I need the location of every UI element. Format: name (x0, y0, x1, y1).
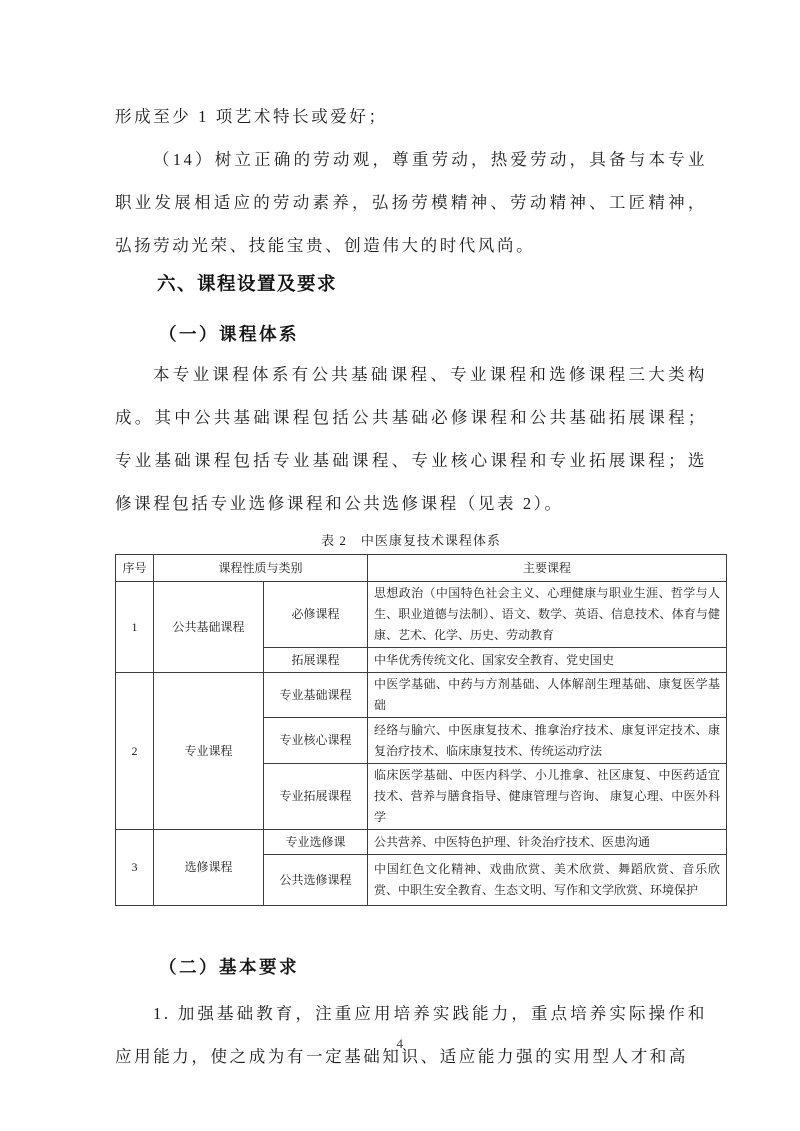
cell-course-list: 思想政治（中国特色社会主义、心理健康与职业生涯、哲学与人生、职业道德与法制）、语… (368, 582, 727, 648)
subsection-heading-course-system: （一）课程体系 (159, 319, 726, 349)
cell-course-type: 必修课程 (264, 582, 368, 648)
paragraph-basic-requirements: 1. 加强基础教育，注重应用培养实践能力，重点培养实际操作和应用能力，使之成为有… (115, 992, 707, 1078)
table-header-row: 序号 课程性质与类别 主要课程 (116, 555, 727, 582)
table-row: 3 选修课程 专业选修课 公共营养、中医特色护理、针灸治疗技术、医患沟通 (116, 830, 727, 855)
cell-course-list: 中华优秀传统文化、国家安全教育、党史国史 (368, 648, 727, 673)
cell-group-category: 专业课程 (154, 673, 264, 830)
table-row: 2 专业课程 专业基础课程 中医学基础、中药与方剂基础、人体解剖生理基础、康复医… (116, 673, 727, 718)
cell-course-list: 中国红色文化精神、戏曲欣赏、美术欣赏、舞蹈欣赏、音乐欣赏、中职生安全教育、生态文… (368, 855, 727, 906)
cell-course-list: 经络与腧穴、中医康复技术、推拿治疗技术、康复评定技术、康复治疗技术、临床康复技术… (368, 718, 727, 764)
paragraph-art-hobby: 形成至少 1 项艺术特长或爱好； (115, 95, 707, 138)
cell-group-category: 公共基础课程 (154, 582, 264, 673)
paragraph-labor-values: （14）树立正确的劳动观，尊重劳动，热爱劳动，具备与本专业职业发展相适应的劳动素… (115, 138, 707, 267)
cell-group-no: 2 (116, 673, 154, 830)
document-page: 形成至少 1 项艺术特长或爱好； （14）树立正确的劳动观，尊重劳动，热爱劳动，… (0, 0, 800, 1131)
page-number: 4 (0, 1036, 800, 1052)
cell-course-type: 拓展课程 (264, 648, 368, 673)
cell-course-type: 专业拓展课程 (264, 764, 368, 830)
table-row: 1 公共基础课程 必修课程 思想政治（中国特色社会主义、心理健康与职业生涯、哲学… (116, 582, 727, 648)
cell-group-category: 选修课程 (154, 830, 264, 906)
header-cell-no: 序号 (116, 555, 154, 582)
cell-course-type: 专业基础课程 (264, 673, 368, 718)
header-cell-nature-category: 课程性质与类别 (154, 555, 368, 582)
cell-course-list: 临床医学基础、中医内科学、小儿推拿、社区康复、中医药适宜技术、营养与膳食指导、健… (368, 764, 727, 830)
cell-course-type: 专业核心课程 (264, 718, 368, 764)
cell-course-list: 中医学基础、中药与方剂基础、人体解剖生理基础、康复医学基础 (368, 673, 727, 718)
cell-group-no: 1 (116, 582, 154, 673)
document-body: 形成至少 1 项艺术特长或爱好； （14）树立正确的劳动观，尊重劳动，热爱劳动，… (115, 95, 726, 1078)
table-caption: 表 2 中医康复技术课程体系 (115, 531, 707, 551)
cell-group-no: 3 (116, 830, 154, 906)
section-heading-course-setup: 六、课程设置及要求 (157, 269, 726, 299)
subsection-heading-basic-requirements: （二）基本要求 (159, 952, 726, 982)
header-cell-main-courses: 主要课程 (368, 555, 727, 582)
cell-course-type: 专业选修课 (264, 830, 368, 855)
course-system-table: 序号 课程性质与类别 主要课程 1 公共基础课程 必修课程 思想政治（中国特色社… (115, 554, 727, 906)
paragraph-course-system: 本专业课程体系有公共基础课程、专业课程和选修课程三大类构成。其中公共基础课程包括… (115, 353, 707, 525)
cell-course-list: 公共营养、中医特色护理、针灸治疗技术、医患沟通 (368, 830, 727, 855)
cell-course-type: 公共选修课程 (264, 855, 368, 906)
